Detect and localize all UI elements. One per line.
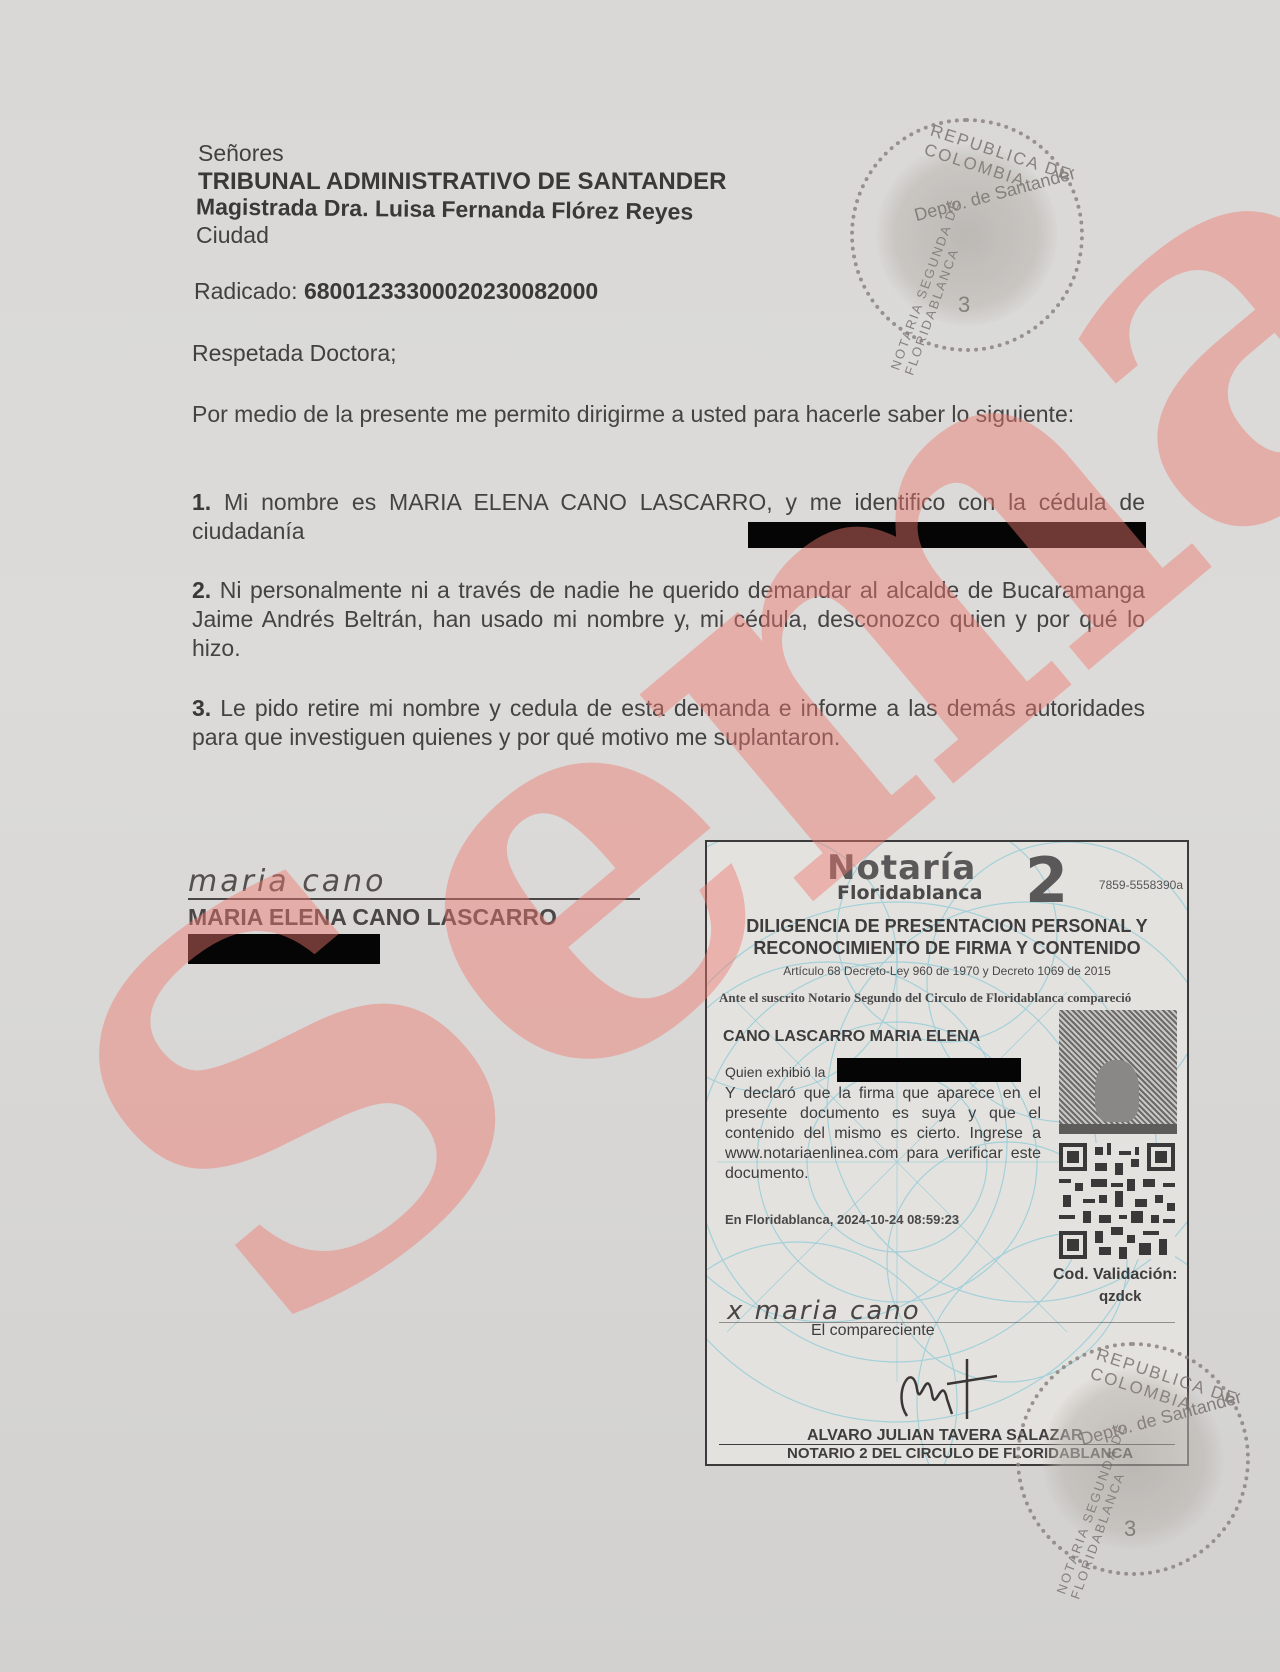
exhibited-label: Quien exhibió la xyxy=(725,1064,825,1080)
signer-name: MARIA ELENA CANO LASCARRO xyxy=(188,904,557,931)
validation-code: qzdck xyxy=(1099,1288,1142,1305)
item-1-number: 1. xyxy=(192,489,211,515)
validation-label: Cod. Validación: xyxy=(1053,1266,1177,1284)
greeting: Respetada Doctora; xyxy=(192,340,397,367)
notary-declaration: Y declaró que la firma que aparece en el… xyxy=(725,1084,1041,1184)
notary-preamble: Ante el suscrito Notario Segundo del Cir… xyxy=(719,990,1131,1006)
item-3: 3. Le pido retire mi nombre y cedula de … xyxy=(192,694,1145,752)
redacted-id-number xyxy=(748,522,1146,548)
letter-page: Señores TRIBUNAL ADMINISTRATIVO DE SANTA… xyxy=(0,0,1280,1672)
recipient-org: TRIBUNAL ADMINISTRATIVO DE SANTANDER xyxy=(198,168,726,196)
salutation: Señores xyxy=(198,140,284,167)
appearing-name: CANO LASCARRO MARIA ELENA xyxy=(723,1028,980,1046)
seal-top-number: 3 xyxy=(958,292,970,318)
notary-legal-basis: Artículo 68 Decreto-Ley 960 de 1970 y De… xyxy=(707,964,1187,978)
appearing-signature-line xyxy=(719,1322,1175,1323)
place-datetime: En Floridablanca, 2024-10-24 08:59:23 xyxy=(725,1212,959,1227)
notary-logo-sub: Floridablanca xyxy=(837,882,982,904)
radicado: Radicado: 68001233300020230082000 xyxy=(194,278,598,305)
intro-paragraph: Por medio de la presente me permito diri… xyxy=(192,400,1145,429)
notary-title-line2: RECONOCIMIENTO DE FIRMA Y CONTENIDO xyxy=(707,938,1187,959)
redacted-document xyxy=(837,1058,1021,1082)
qr-code-icon xyxy=(1059,1142,1175,1260)
notary-reference: 7859-5558390a xyxy=(1099,878,1183,892)
item-2: 2. Ni personalmente ni a través de nadie… xyxy=(192,576,1145,663)
appearing-label: El compareciente xyxy=(811,1322,935,1340)
notary-seal-bottom: REPUBLICA DE COLOMBIA Depto. de Santande… xyxy=(1016,1342,1250,1576)
notary-seal-top: REPUBLICA DE COLOMBIA Depto. de Santande… xyxy=(850,118,1084,352)
radicado-value: 68001233300020230082000 xyxy=(304,278,598,304)
item-2-number: 2. xyxy=(192,577,211,603)
item-3-number: 3. xyxy=(192,695,211,721)
handwritten-signature: maria cano xyxy=(188,864,386,899)
radicado-label: Radicado: xyxy=(194,278,298,304)
notary-title-line1: DILIGENCIA DE PRESENTACION PERSONAL Y xyxy=(707,916,1187,937)
seal-bottom-number: 3 xyxy=(1124,1516,1136,1542)
notary-signature xyxy=(887,1354,1007,1424)
signature-line xyxy=(188,898,640,900)
item-3-text: Le pido retire mi nombre y cedula de est… xyxy=(192,695,1145,750)
fingerprint-photo xyxy=(1059,1010,1177,1134)
city: Ciudad xyxy=(196,222,269,249)
recipient-person: Magistrada Dra. Luisa Fernanda Flórez Re… xyxy=(196,193,693,225)
redacted-signer-id xyxy=(188,934,380,964)
notary-logo-number: 2 xyxy=(1025,844,1068,917)
item-2-text: Ni personalmente ni a través de nadie he… xyxy=(192,577,1145,661)
